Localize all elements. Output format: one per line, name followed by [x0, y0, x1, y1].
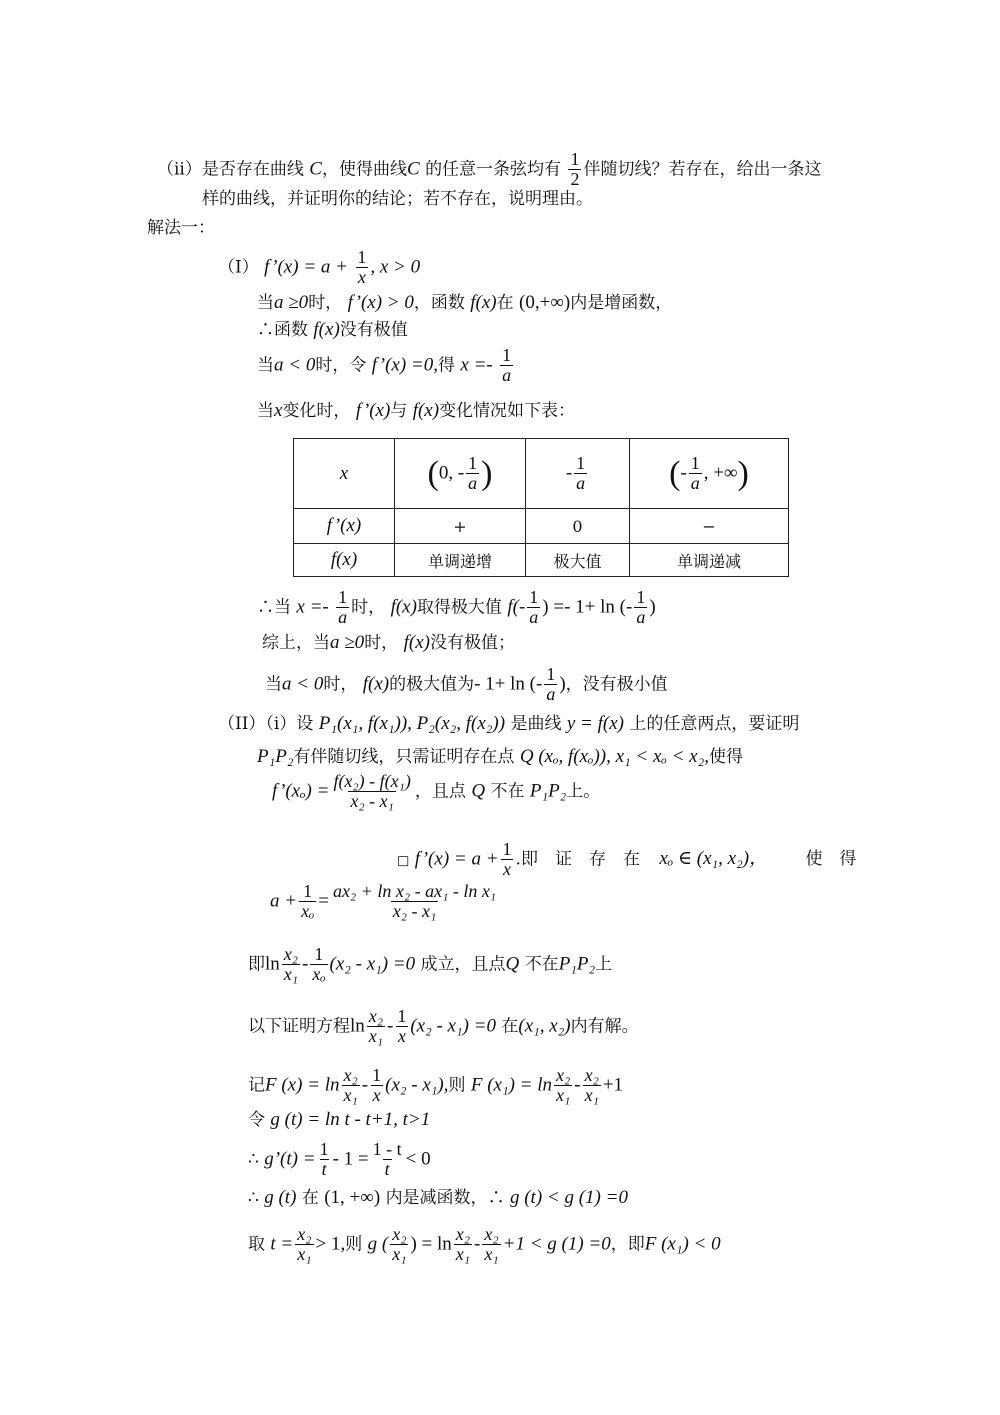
cell-text: , +∞: [704, 462, 738, 483]
denominator: t: [320, 1159, 329, 1180]
max-value-line: ∴当 x =- 1a时， f(x)取得极大值 f(-1a) =- 1+ ln (…: [257, 588, 656, 628]
formula: (1, +∞): [324, 1187, 380, 1208]
fraction-half: 12: [568, 150, 581, 190]
fraction: 1x: [355, 248, 368, 288]
denominator: x₁: [554, 1085, 572, 1106]
formula: f(x): [391, 596, 417, 617]
numerator: 1: [527, 588, 540, 607]
fraction: ax₂ + ln x₂ - ax₁ - ln x₁x₂ - x₁: [331, 882, 498, 922]
denominator: a: [527, 607, 540, 628]
placeholder-box-icon: □: [397, 853, 409, 868]
fraction: x₂x₁: [342, 1066, 360, 1106]
denominator: x₁: [367, 1026, 385, 1047]
denominator: x₁: [342, 1085, 360, 1106]
part-ii-mean-value: f’(xₒ) =f(x₂) - f(x₁)x₂ - x₁，且点 Q 不在 P₁P…: [272, 772, 600, 812]
denominator: x₂ - x₁: [391, 901, 439, 922]
text: 则: [448, 1075, 465, 1095]
formula: P₁(x₁, f(x₁)), P₂(x₂, f(x₂)): [319, 713, 505, 734]
question-text: 是否存在曲线: [202, 159, 304, 179]
formula: f’(x) = a +: [415, 848, 499, 869]
formula: P₁P₂: [559, 953, 595, 974]
formula: f(x): [470, 292, 496, 313]
part-label: （II）: [218, 714, 265, 734]
formula: ) =- 1+ ln (-: [542, 596, 632, 617]
formula: ) = ln: [410, 1233, 451, 1254]
fraction: 1a: [544, 665, 557, 705]
fraction: 1a: [336, 588, 349, 628]
denominator: x₁: [282, 964, 300, 985]
text: 与: [390, 401, 407, 421]
text: 以下证明方程: [248, 1016, 350, 1036]
numerator: 1: [634, 588, 647, 607]
variation-table: x (0, -1a) -1a (-1a, +∞) f’(x) + 0 − f(x…: [293, 438, 789, 577]
denominator: a: [466, 473, 479, 494]
text: 的极大值为: [389, 674, 474, 694]
text: 在: [501, 1016, 518, 1036]
case-a-conclusion: ∴函数 f(x)没有极值: [257, 320, 408, 339]
formula: f(x): [413, 400, 439, 421]
formula: f(x): [404, 632, 430, 653]
part-i-derivative: （I） f’(x) = a + 1x, x > 0: [218, 248, 420, 288]
text: 上。: [566, 781, 600, 801]
formula: a +: [270, 890, 297, 911]
cell-text: x: [340, 463, 348, 484]
cell-interval-right: (-1a, +∞): [630, 439, 789, 509]
formula: f’(x): [356, 400, 390, 421]
fraction: 1t: [318, 1140, 331, 1180]
cell-text: f(x): [331, 549, 357, 570]
text: 内是增函数，: [570, 293, 672, 313]
formula: -: [302, 953, 308, 974]
text: 没有极值；: [430, 633, 515, 653]
text: 则: [345, 1234, 362, 1254]
fraction: x₂x₁: [583, 1066, 601, 1106]
formula: F (x) = ln: [265, 1074, 340, 1095]
formula: (x₁, x₂): [518, 1015, 570, 1036]
fraction: 1 - tt: [371, 1140, 404, 1180]
cell: 单调递减: [630, 544, 789, 577]
cell: 极大值: [526, 544, 630, 577]
summary-line-2: 当a < 0时， f(x)的极大值为- 1+ ln (-1a)，没有极小值: [265, 665, 668, 705]
cell-critical: -1a: [526, 439, 630, 509]
numerator: x₂: [454, 1225, 472, 1244]
text: 时，: [323, 674, 357, 694]
fraction: x₂x₁: [454, 1225, 472, 1265]
text: 有伴随切线，只需证明存在点: [293, 747, 514, 767]
solution-heading: 解法一：: [147, 220, 215, 237]
text: 变化情况如下表：: [439, 401, 575, 421]
numerator: x₂: [390, 1225, 408, 1244]
numerator: 1: [312, 945, 325, 964]
text: 设: [296, 714, 313, 734]
text: ，函数: [414, 293, 465, 313]
formula: > 1,: [316, 1233, 346, 1254]
numerator: x₂: [482, 1225, 500, 1244]
text: 取得极大值: [417, 597, 502, 617]
case-a-negative: 当a < 0时，令 f’(x) =0,得 x =- 1a: [257, 346, 515, 386]
row-header: f(x): [294, 544, 395, 577]
denominator: x₁: [390, 1244, 408, 1265]
fraction: x₂x₁: [367, 1007, 385, 1047]
formula: ln: [265, 953, 280, 974]
part-ii-equation: a +1xₒ=ax₂ + ln x₂ - ax₁ - ln x₁x₂ - x₁: [270, 882, 500, 922]
denominator: a: [500, 365, 513, 386]
numerator: 1: [466, 454, 479, 473]
formula: x =-: [296, 596, 328, 617]
fraction: 1a: [574, 454, 587, 494]
therefore-symbol: ∴: [257, 320, 274, 340]
formula: f(x): [363, 673, 389, 694]
numerator: x₂: [554, 1066, 572, 1085]
text: 在: [497, 293, 514, 313]
formula: a < 0: [282, 673, 323, 694]
part-ii-line4: □ f’(x) = a +1x.即 证 存 在 xₒ ∈ (x₁, x₂)， 使…: [397, 840, 856, 880]
fraction: x₂x₁: [390, 1225, 408, 1265]
text: .即 证 存 在: [516, 849, 640, 869]
text: 得: [438, 355, 455, 375]
text: 取: [248, 1234, 265, 1254]
fraction: 1a: [527, 588, 540, 628]
formula: f(x): [313, 319, 339, 340]
question-text: 伴随切线？若存在，给出一条这: [583, 159, 821, 179]
formula: a ≥0: [330, 632, 364, 653]
numerator: f(x₂) - f(x₁): [331, 772, 412, 791]
denominator: xₒ: [299, 901, 316, 922]
question-label: （ii）: [157, 159, 202, 179]
formula: x =-: [460, 354, 492, 375]
formula: g (t) = ln t - t+1, t>1: [270, 1109, 430, 1130]
text: 不在: [525, 954, 559, 974]
denominator: x₁: [295, 1244, 313, 1265]
table-row-derivative: f’(x) + 0 −: [294, 509, 789, 544]
cell-text: f’(x): [327, 515, 361, 536]
numerator: 1 - t: [371, 1140, 404, 1159]
formula: (x₂ - x₁) =0: [410, 1015, 496, 1036]
numerator: 1: [318, 1140, 331, 1159]
text: 上: [595, 954, 612, 974]
text: 成立，且点: [421, 954, 506, 974]
therefore-symbol: ∴: [248, 1149, 259, 1169]
denominator: a: [634, 607, 647, 628]
formula: F (x₁) = ln: [471, 1074, 552, 1095]
formula: - 1 =: [333, 1148, 369, 1169]
text: 是曲线: [510, 714, 561, 734]
cell: 单调递增: [395, 544, 526, 577]
denominator: a: [336, 607, 349, 628]
fraction: x₂x₁: [295, 1225, 313, 1265]
formula: P₁P₂: [530, 780, 566, 801]
fraction: 1xₒ: [299, 882, 316, 922]
part-ii-line9: 令 g (t) = ln t - t+1, t>1: [248, 1110, 430, 1129]
therefore-symbol: ∴: [257, 597, 274, 617]
fraction: f(x₂) - f(x₁)x₂ - x₁: [331, 772, 412, 812]
part-ii-line10: ∴ g’(t) =1t- 1 =1 - tt< 0: [248, 1140, 431, 1180]
formula: P₁P₂: [257, 746, 293, 767]
fraction: 1a: [689, 454, 702, 494]
row-header: f’(x): [294, 509, 395, 544]
text: 当: [257, 401, 274, 421]
formula: -: [362, 1074, 368, 1095]
part-ii-line12: 取 t =x₂x₁> 1,则 g (x₂x₁) = lnx₂x₁-x₂x₁+1 …: [248, 1225, 721, 1265]
part-ii-line7: 以下证明方程lnx₂x₁-1x(x₂ - x₁) =0 在(x₁, x₂)内有解…: [248, 1007, 639, 1047]
text: ，即: [611, 1234, 645, 1254]
formula: t =: [270, 1233, 293, 1254]
cell-text: 0, -: [439, 462, 464, 483]
formula: g (t): [264, 1187, 296, 1208]
sub-label: （i）: [265, 714, 296, 734]
formula: , x > 0: [370, 256, 420, 277]
therefore-symbol: ∴: [488, 1188, 505, 1208]
denominator: x: [356, 267, 368, 288]
formula: +1 < g (1) =0: [503, 1233, 611, 1254]
denominator: x₂ - x₁: [348, 791, 396, 812]
cell: −: [630, 509, 789, 544]
denominator: a: [689, 473, 702, 494]
numerator: x₂: [282, 945, 300, 964]
text: 当: [265, 674, 282, 694]
var-c: C: [407, 158, 420, 179]
text: ，没有极小值: [566, 674, 668, 694]
formula: Q (xₒ, f(xₒ)), x₁ < xₒ < x₂,: [520, 746, 709, 767]
formula: f’(x) > 0: [348, 292, 414, 313]
text: 上的任意两点，要证明: [629, 714, 799, 734]
text: 使得: [709, 747, 743, 767]
fraction: 1a: [634, 588, 647, 628]
text: 在: [302, 1188, 319, 1208]
text: ，且点: [415, 781, 466, 801]
numerator: 1: [355, 248, 368, 267]
denominator: a: [574, 473, 587, 494]
summary-line-1: 综上，当a ≥0时， f(x)没有极值；: [262, 633, 515, 652]
cell: 0: [526, 509, 630, 544]
formula: f’(x) = a +: [264, 256, 348, 277]
numerator: x₂: [583, 1066, 601, 1085]
numerator: 1: [301, 882, 314, 901]
numerator: 1: [336, 588, 349, 607]
numerator: x₂: [342, 1066, 360, 1085]
denominator: x: [501, 859, 513, 880]
formula: -: [474, 1233, 480, 1254]
numerator: 1: [500, 346, 513, 365]
text: 时，: [351, 597, 385, 617]
question-ii-line1: （ii）是否存在曲线 C，使得曲线C 的任意一条弦均有 12伴随切线？若存在，给…: [157, 150, 821, 190]
formula: Q: [506, 953, 520, 974]
numerator: x₂: [295, 1225, 313, 1244]
cell-text: -: [566, 462, 572, 483]
part-ii-line1: （II）（i）设 P₁(x₁, f(x₁)), P₂(x₂, f(x₂)) 是曲…: [218, 714, 799, 733]
question-ii-line2: 样的曲线，并证明你的结论；若不存在，说明理由。: [202, 191, 593, 208]
formula: =: [318, 890, 329, 911]
formula: +1: [603, 1074, 623, 1095]
denominator: x₁: [482, 1244, 500, 1265]
part-label: （I）: [218, 257, 259, 277]
var-c: C: [309, 158, 322, 179]
text: 令: [248, 1110, 265, 1130]
formula: (x₂ - x₁) =0: [330, 953, 416, 974]
formula: a < 0: [274, 354, 315, 375]
denominator: x₁: [454, 1244, 472, 1265]
text: 当: [257, 293, 274, 313]
text: 内是减函数，: [386, 1188, 488, 1208]
formula: g’(t) =: [264, 1148, 315, 1169]
text: 当: [274, 597, 291, 617]
fraction: 1x: [395, 1007, 408, 1047]
formula: (0,+∞): [519, 292, 570, 313]
text: 记: [248, 1075, 265, 1095]
formula: a ≥0: [274, 292, 308, 313]
numerator: 1: [501, 840, 514, 859]
numerator: 1: [544, 665, 557, 684]
text: 时，: [364, 633, 398, 653]
part-ii-line2: P₁P₂有伴随切线，只需证明存在点 Q (xₒ, f(xₒ)), x₁ < xₒ…: [257, 747, 743, 766]
text: 时，: [308, 293, 342, 313]
text: 使 得: [805, 849, 856, 869]
part-ii-line11: ∴ g (t) 在 (1, +∞) 内是减函数，∴ g (t) < g (1) …: [248, 1188, 628, 1207]
fraction: 1x: [501, 840, 514, 880]
part-ii-line8: 记F (x) = lnx₂x₁-1x(x₂ - x₁),则 F (x₁) = l…: [248, 1066, 623, 1106]
numerator: 1: [574, 454, 587, 473]
table-row-x: x (0, -1a) -1a (-1a, +∞): [294, 439, 789, 509]
formula: ): [649, 596, 655, 617]
formula: (x₂ - x₁),: [385, 1074, 448, 1095]
formula: y = f(x): [567, 713, 624, 734]
text: 时，令: [315, 355, 366, 375]
formula: g (: [368, 1233, 389, 1254]
question-text: 的任意一条弦均有: [425, 159, 561, 179]
fraction: x₂x₁: [282, 945, 300, 985]
formula: f’(xₒ) =: [272, 780, 329, 801]
table-row-function: f(x) 单调递增 极大值 单调递减: [294, 544, 789, 577]
text: 当: [257, 355, 274, 375]
fraction: x₂x₁: [482, 1225, 500, 1265]
fraction: 1x: [370, 1066, 383, 1106]
fraction: 1xₒ: [310, 945, 327, 985]
row-header: x: [294, 439, 395, 509]
numerator: 1: [689, 454, 702, 473]
cell-text: -: [680, 462, 686, 483]
text: 函数: [274, 320, 308, 340]
denominator: x: [371, 1085, 383, 1106]
text: 综上，当: [262, 633, 330, 653]
part-ii-line6: 即lnx₂x₁-1xₒ(x₂ - x₁) =0 成立，且点Q 不在P₁P₂上: [248, 945, 612, 985]
fraction: 1a: [500, 346, 513, 386]
question-text: ，使得曲线: [322, 159, 407, 179]
formula: f(-: [507, 596, 525, 617]
numerator: 1: [395, 1007, 408, 1026]
denominator: t: [383, 1159, 392, 1180]
denominator: xₒ: [310, 964, 327, 985]
formula: < 0: [406, 1148, 431, 1169]
therefore-symbol: ∴: [248, 1188, 259, 1208]
fraction: 1a: [466, 454, 479, 494]
formula: g (t) < g (1) =0: [510, 1187, 628, 1208]
text: 即: [248, 954, 265, 974]
denominator: x₁: [583, 1085, 601, 1106]
formula: F (x₁) < 0: [645, 1233, 721, 1254]
table-intro: 当x变化时， f’(x)与 f(x)变化情况如下表：: [257, 401, 575, 420]
formula: f’(x) =0,: [372, 354, 438, 375]
formula: -: [387, 1015, 393, 1036]
formula: Q: [471, 780, 485, 801]
numerator: 1: [370, 1066, 383, 1085]
denominator: 2: [568, 169, 581, 190]
text: 没有极值: [340, 320, 408, 340]
cell: +: [395, 509, 526, 544]
fraction: x₂x₁: [554, 1066, 572, 1106]
text: 变化时，: [282, 401, 350, 421]
cell-interval-left: (0, -1a): [395, 439, 526, 509]
formula: -: [574, 1074, 580, 1095]
formula: ln: [350, 1015, 365, 1036]
denominator: a: [544, 684, 557, 705]
numerator: 1: [568, 150, 581, 169]
formula: - 1+ ln (-: [474, 673, 542, 694]
numerator: x₂: [367, 1007, 385, 1026]
denominator: x: [396, 1026, 408, 1047]
text: 不在: [490, 781, 524, 801]
case-a-nonneg: 当a ≥0时， f’(x) > 0，函数 f(x)在 (0,+∞)内是增函数，: [257, 293, 672, 312]
formula: xₒ ∈ (x₁, x₂)，: [659, 848, 768, 869]
text: 内有解。: [571, 1016, 639, 1036]
numerator: ax₂ + ln x₂ - ax₁ - ln x₁: [331, 882, 498, 901]
